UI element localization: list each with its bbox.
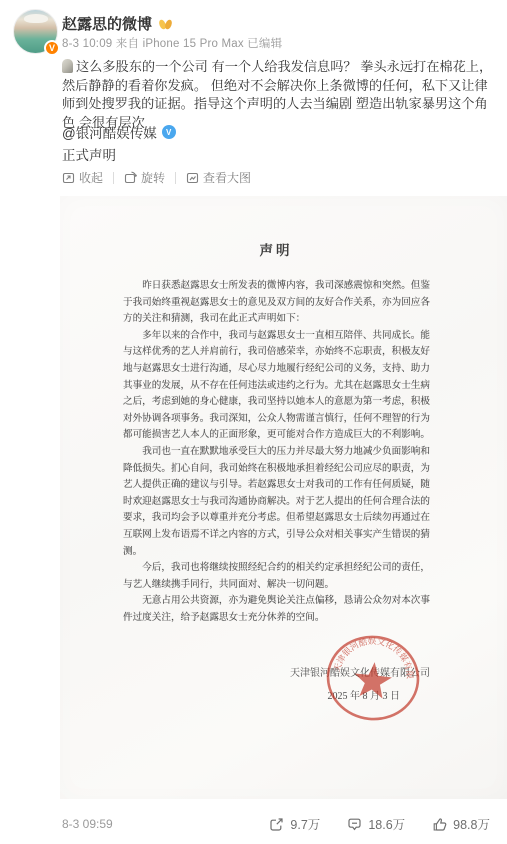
statement-paragraph: 昨日获悉赵露思女士所发表的微博内容，我司深感震惊和突然。但鉴于我司始终重视赵露思…	[123, 278, 430, 328]
hands-emoji-icon	[157, 17, 174, 31]
like-count: 98.8万	[453, 815, 490, 833]
mention-link[interactable]: @银河酷娱传媒	[62, 122, 157, 142]
statement-paragraph: 多年以来的合作中，我司与赵露思女士一直相互陪伴、共同成长。能与这样优秀的艺人并肩…	[123, 328, 430, 444]
star-icon	[352, 660, 393, 699]
collapse-icon	[62, 171, 75, 184]
repost-button[interactable]: 9.7万	[269, 815, 320, 833]
blue-verified-icon: V	[162, 125, 176, 139]
engagement-stats: 9.7万 18.6万 98.8万	[269, 815, 490, 833]
collapse-label: 收起	[79, 169, 103, 186]
comment-button[interactable]: 18.6万	[347, 815, 405, 833]
verified-badge-icon: V	[44, 40, 60, 56]
company-stamp-seal: 天津银河酷娱文化传媒有限公司	[318, 627, 427, 729]
post-text-content: 这么多股东的一个公司 有一个人给我发信息吗？ 拳头永远打在棉花上，然后静静的看着…	[62, 59, 492, 130]
toolbar-divider	[113, 172, 114, 184]
comment-icon	[347, 817, 362, 832]
rotate-button[interactable]: 旋转	[124, 169, 165, 186]
post-meta: 8-3 10:09 来自 iPhone 15 Pro Max 已编辑	[62, 35, 282, 51]
statement-body: 昨日获悉赵露思女士所发表的微博内容，我司深感震惊和突然。但鉴于我司始终重视赵露思…	[123, 278, 430, 626]
view-large-button[interactable]: 查看大图	[186, 169, 251, 186]
rotate-icon	[124, 171, 137, 184]
post-footer: 8-3 09:59 9.7万 18.6万	[62, 812, 490, 836]
statement-paragraph: 无意占用公共资源，亦为避免舆论关注点偏移，恳请公众勿对本次事件过度关注，给予赵露…	[123, 593, 430, 626]
repost-count: 9.7万	[290, 815, 320, 833]
image-toolbar: 收起 旋转 查看大图	[62, 169, 251, 186]
view-large-label: 查看大图	[203, 169, 251, 186]
like-button[interactable]: 98.8万	[432, 815, 490, 833]
toolbar-divider	[175, 172, 176, 184]
username[interactable]: 赵露思的微博	[62, 13, 152, 34]
statement-image[interactable]: 声明 昨日获悉赵露思女士所发表的微博内容，我司深感震惊和突然。但鉴于我司始终重视…	[60, 196, 507, 799]
like-icon	[432, 817, 447, 832]
weibo-post-card: V 赵露思的微博 8-3 10:09 来自 iPhone 15 Pro Max …	[0, 0, 507, 844]
statement-title: 声明	[123, 239, 429, 259]
rotate-label: 旋转	[141, 169, 165, 186]
view-large-icon	[186, 171, 199, 184]
comment-count: 18.6万	[368, 815, 405, 833]
quoted-post-text[interactable]: 正式声明	[62, 144, 116, 164]
statement-paragraph: 今后，我司也将继续按照经纪合约的相关约定承担经纪公司的责任，与艺人继续携手同行，…	[123, 560, 430, 593]
share-icon	[269, 817, 284, 832]
statement-paragraph: 我司也一直在默默地承受巨大的压力并尽最大努力地减少负面影响和降低损失。扪心自问，…	[123, 444, 430, 560]
collapse-button[interactable]: 收起	[62, 169, 103, 186]
footer-timestamp: 8-3 09:59	[62, 817, 113, 831]
statue-emoji-icon	[62, 59, 73, 73]
avatar[interactable]: V	[13, 9, 58, 54]
